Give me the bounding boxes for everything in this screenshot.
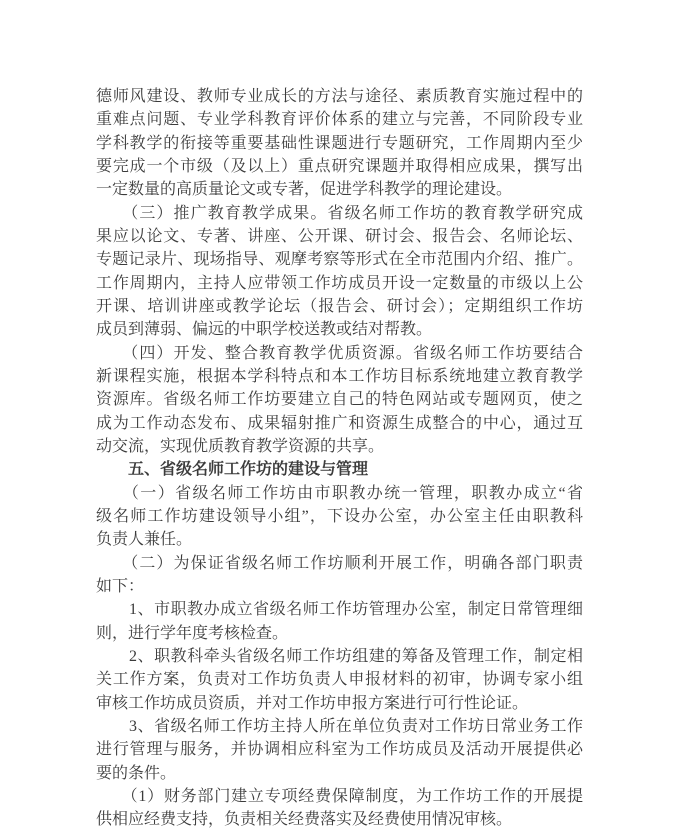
text-line: 工作周期内，主持人应带领工作坊成员开设一定数量的市级以上公 [96, 272, 583, 295]
document-page: 德师风建设、教师专业成长的方法与途径、素质教育实施过程中的重难点问题、专业学科教… [0, 0, 700, 839]
text-line: 成为工作动态发布、成果辐射推广和资源生成整合的中心，通过互 [96, 412, 583, 435]
text-line: （四）开发、整合教育教学优质资源。省级名师工作坊要结合 [96, 342, 583, 365]
text-line: 资源库。省级名师工作坊要建立自己的特色网站或专题网页，使之 [96, 388, 583, 411]
text-line: 要的条件。 [96, 762, 583, 785]
text-line: 进行管理与服务，并协调相应科室为工作坊成员及活动开展提供必 [96, 738, 583, 761]
text-line: 学科教学的衔接等重要基础性课题进行专题研究，工作周期内至少 [96, 132, 583, 155]
text-line: 供相应经费支持，负责相关经费落实及经费使用情况审核。 [96, 808, 583, 831]
text-line: 要完成一个市级（及以上）重点研究课题并取得相应成果，撰写出 [96, 155, 583, 178]
text-line: 则，进行学年度考核检查。 [96, 622, 583, 645]
text-line: 专题记录片、现场指导、观摩考察等形式在全市范围内介绍、推广。 [96, 248, 583, 271]
text-line: 2、职教科牵头省级名师工作坊组建的筹备及管理工作，制定相 [96, 645, 583, 668]
text-line: 级名师工作坊建设领导小组”，下设办公室，办公室主任由职教科 [96, 505, 583, 528]
text-line: （1）财务部门建立专项经费保障制度，为工作坊工作的开展提 [96, 785, 583, 808]
text-line: 负责人兼任。 [96, 528, 583, 551]
document-text-block: 德师风建设、教师专业成长的方法与途径、素质教育实施过程中的重难点问题、专业学科教… [96, 85, 583, 832]
text-line: 3、省级名师工作坊主持人所在单位负责对工作坊日常业务工作 [96, 715, 583, 738]
text-line: 重难点问题、专业学科教育评价体系的建立与完善，不同阶段专业 [96, 108, 583, 131]
text-line: 动交流，实现优质教育教学资源的共享。 [96, 435, 583, 458]
text-line: 果应以论文、专著、讲座、公开课、研讨会、报告会、名师论坛、 [96, 225, 583, 248]
text-line: 新课程实施，根据本学科特点和本工作坊目标系统地建立教育教学 [96, 365, 583, 388]
text-line: 德师风建设、教师专业成长的方法与途径、素质教育实施过程中的 [96, 85, 583, 108]
text-line: （三）推广教育教学成果。省级名师工作坊的教育教学研究成 [96, 202, 583, 225]
text-line: （一）省级名师工作坊由市职教办统一管理，职教办成立“省 [96, 482, 583, 505]
text-line: 一定数量的高质量论文或专著，促进学科教学的理论建设。 [96, 178, 583, 201]
text-line: 关工作方案，负责对工作坊负责人申报材料的初审，协调专家小组 [96, 668, 583, 691]
text-line: （二）为保证省级名师工作坊顺利开展工作，明确各部门职责 [96, 552, 583, 575]
heading-line: 五、省级名师工作坊的建设与管理 [96, 458, 583, 481]
text-line: 1、市职教办成立省级名师工作坊管理办公室，制定日常管理细 [96, 598, 583, 621]
text-line: 如下： [96, 575, 583, 598]
text-line: 成员到薄弱、偏远的中职学校送教或结对帮教。 [96, 318, 583, 341]
text-line: 审核工作坊成员资质，并对工作坊申报方案进行可行性论证。 [96, 692, 583, 715]
text-line: 开课、培训讲座或教学论坛（报告会、研讨会）；定期组织工作坊 [96, 295, 583, 318]
